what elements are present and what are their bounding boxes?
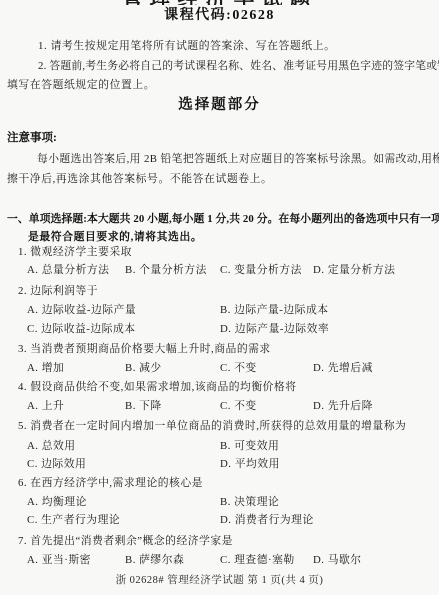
question-6-option-d: D. 消费者行为理论: [220, 514, 314, 527]
instruction-line-3: 填写在答题纸规定的位置上。: [0, 79, 439, 92]
question-1-option-c: C. 变量分析方法: [220, 264, 302, 277]
question-6-options-row-1: A. 均衡理论 B. 决策理论: [0, 496, 439, 510]
question-4-options: A. 上升 B. 下降 C. 不变 D. 先升后降: [0, 400, 439, 414]
question-3-option-d: D. 先增后减: [313, 362, 373, 375]
question-1-text: 1. 微观经济学主要采取: [0, 246, 439, 259]
question-5-option-a: A. 总效用: [27, 440, 76, 453]
cropped-exam-title-text: 管理经济学试题: [122, 0, 318, 5]
notes-line-1: 每小题选出答案后,用 2B 铅笔把答题纸上对应题目的答案标号涂黑。如需改动,用橡…: [0, 153, 439, 166]
question-4-text: 4. 假设商品供给不变,如果需求增加,该商品的均衡价格将: [0, 381, 439, 394]
question-1-options: A. 总量分析方法 B. 个量分析方法 C. 变量分析方法 D. 定量分析方法: [0, 264, 439, 278]
question-5-option-b: B. 可变效用: [220, 440, 279, 453]
question-4-option-b: B. 下降: [125, 400, 162, 413]
question-7-text: 7. 首先提出“消费者剩余”概念的经济学家是: [0, 535, 439, 548]
question-1-option-b: B. 个量分析方法: [125, 264, 207, 277]
instruction-line-1: 1. 请考生按规定用笔将所有试题的答案涂、写在答题纸上。: [0, 40, 439, 53]
instruction-line-2: 2. 答题前,考生务必将自己的考试课程名称、姓名、准考证号用黑色字迹的签字笔或钢…: [0, 60, 439, 73]
cropped-exam-title: 管理经济学试题: [0, 0, 439, 5]
question-6-option-a: A. 均衡理论: [27, 496, 87, 509]
question-1-option-d: D. 定量分析方法: [313, 264, 395, 277]
part-heading-line-1: 一、单项选择题:本大题共 20 小题,每小题 1 分,共 20 分。在每小题列出…: [0, 213, 439, 226]
question-2-options-row-2: C. 边际收益-边际成本 D. 边际产量-边际效率: [0, 323, 439, 337]
question-2-option-c: C. 边际收益-边际成本: [27, 323, 136, 336]
notes-label: 注意事项:: [0, 132, 439, 145]
notes-line-2: 擦干净后,再选涂其他答案标号。不能答在试题卷上。: [0, 173, 439, 186]
part-heading-line-2: 是最符合题目要求的,请将其选出。: [0, 231, 439, 244]
page-footer: 浙 02628# 管理经济学试题 第 1 页(共 4 页): [0, 574, 439, 587]
question-5-options-row-2: C. 边际效用 D. 平均效用: [0, 458, 439, 472]
question-2-options-row-1: A. 边际收益-边际产量 B. 边际产量-边际成本: [0, 304, 439, 318]
question-7-option-b: B. 萨缪尔森: [125, 554, 184, 567]
question-3-options: A. 增加 B. 减少 C. 不变 D. 先增后减: [0, 362, 439, 376]
question-4-option-d: D. 先升后降: [313, 400, 373, 413]
question-5-option-d: D. 平均效用: [220, 458, 280, 471]
question-6-options-row-2: C. 生产者行为理论 D. 消费者行为理论: [0, 514, 439, 528]
question-2-option-d: D. 边际产量-边际效率: [220, 323, 329, 336]
course-code-line: 课程代码:02628: [0, 9, 439, 22]
question-5-option-c: C. 边际效用: [27, 458, 86, 471]
question-7-option-a: A. 亚当·斯密: [27, 554, 91, 567]
question-3-text: 3. 当消费者预期商品价格要大幅上升时,商品的需求: [0, 343, 439, 356]
question-1-option-a: A. 总量分析方法: [27, 264, 109, 277]
question-3-option-a: A. 增加: [27, 362, 64, 375]
question-5-options-row-1: A. 总效用 B. 可变效用: [0, 440, 439, 454]
exam-paper-page: 管理经济学试题 课程代码:02628 1. 请考生按规定用笔将所有试题的答案涂、…: [0, 0, 439, 595]
question-2-text: 2. 边际利润等于: [0, 285, 439, 298]
question-2-option-b: B. 边际产量-边际成本: [220, 304, 329, 317]
question-4-option-c: C. 不变: [220, 400, 257, 413]
question-6-option-c: C. 生产者行为理论: [27, 514, 120, 527]
question-6-text: 6. 在西方经济学中,需求理论的核心是: [0, 477, 439, 490]
question-2-option-a: A. 边际收益-边际产量: [27, 304, 136, 317]
question-7-options: A. 亚当·斯密 B. 萨缪尔森 C. 理查德·塞勒 D. 马歇尔: [0, 554, 439, 568]
question-3-option-b: B. 减少: [125, 362, 162, 375]
section-heading: 选择题部分: [0, 99, 439, 112]
question-7-option-c: C. 理查德·塞勒: [220, 554, 295, 567]
question-3-option-c: C. 不变: [220, 362, 257, 375]
question-7-option-d: D. 马歇尔: [313, 554, 362, 567]
question-5-text: 5. 消费者在一定时间内增加一单位商品的消费时,所获得的总效用量的增量称为: [0, 420, 439, 433]
question-4-option-a: A. 上升: [27, 400, 64, 413]
question-6-option-b: B. 决策理论: [220, 496, 279, 509]
